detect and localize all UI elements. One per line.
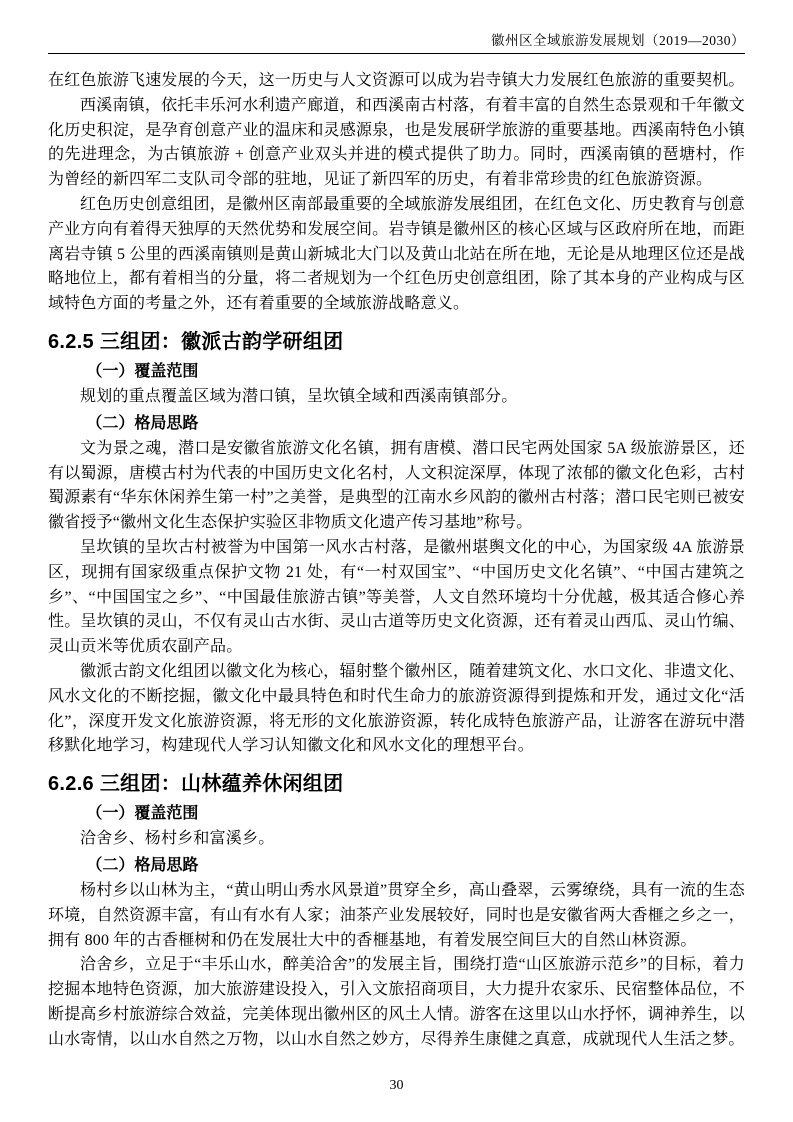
coverage-paragraph-2: 洽舍乡、杨村乡和富溪乡。 <box>48 827 745 852</box>
subsection-title-layout-1: （二）格局思路 <box>48 413 745 434</box>
page-header: 徽州区全域旅游发展规划（2019—2030） <box>48 33 745 54</box>
layout-paragraph-1-2: 呈坎镇的呈坎古村被誉为中国第一风水古村落，是徽州堪舆文化的中心，为国家级 4A … <box>48 536 745 660</box>
intro-paragraph-3: 红色历史创意组团，是徽州区南部最重要的全域旅游发展组团，在红色文化、历史教育与创… <box>48 193 745 317</box>
section-heading-6-2-6: 6.2.6 三组团：山林蕴养休闲组团 <box>48 772 745 797</box>
subsection-title-layout-2: （二）格局思路 <box>48 855 745 876</box>
page-footer: 30 <box>0 1078 793 1094</box>
layout-paragraph-1-3: 徽派古韵文化组团以徽文化为核心，辐射整个徽州区，随着建筑文化、水口文化、非遗文化… <box>48 660 745 759</box>
page-content: 在红色旅游飞速发展的今天，这一历史与人文资源可以成为岩寺镇大力发展红色旅游的重要… <box>48 69 745 1053</box>
layout-paragraph-1-1: 文为景之魂，潜口是安徽省旅游文化名镇，拥有唐模、潜口民宅两处国家 5A 级旅游景… <box>48 437 745 536</box>
page-number: 30 <box>390 1078 404 1093</box>
intro-paragraph-2: 西溪南镇，依托丰乐河水利遗产廊道，和西溪南古村落，有着丰富的自然生态景观和千年徽… <box>48 94 745 193</box>
subsection-title-coverage-1: （一）覆盖范围 <box>48 361 745 382</box>
subsection-title-coverage-2: （一）覆盖范围 <box>48 803 745 824</box>
header-title: 徽州区全域旅游发展规划（2019—2030） <box>48 33 745 49</box>
layout-paragraph-2-2: 洽舍乡，立足于“丰乐山水，醉美洽舍”的发展主旨，围绕打造“山区旅游示范乡”的目标… <box>48 953 745 1052</box>
section-heading-6-2-5: 6.2.5 三组团：徽派古韵学研组团 <box>48 330 745 355</box>
document-page: 徽州区全域旅游发展规划（2019—2030） 在红色旅游飞速发展的今天，这一历史… <box>0 0 793 1122</box>
coverage-paragraph-1: 规划的重点覆盖区域为潜口镇，呈坎镇全域和西溪南镇部分。 <box>48 385 745 410</box>
intro-paragraph-1: 在红色旅游飞速发展的今天，这一历史与人文资源可以成为岩寺镇大力发展红色旅游的重要… <box>48 69 745 94</box>
layout-paragraph-2-1: 杨村乡以山林为主，“黄山明山秀水风景道”贯穿全乡，高山叠翠，云雾缭绕，具有一流的… <box>48 879 745 953</box>
